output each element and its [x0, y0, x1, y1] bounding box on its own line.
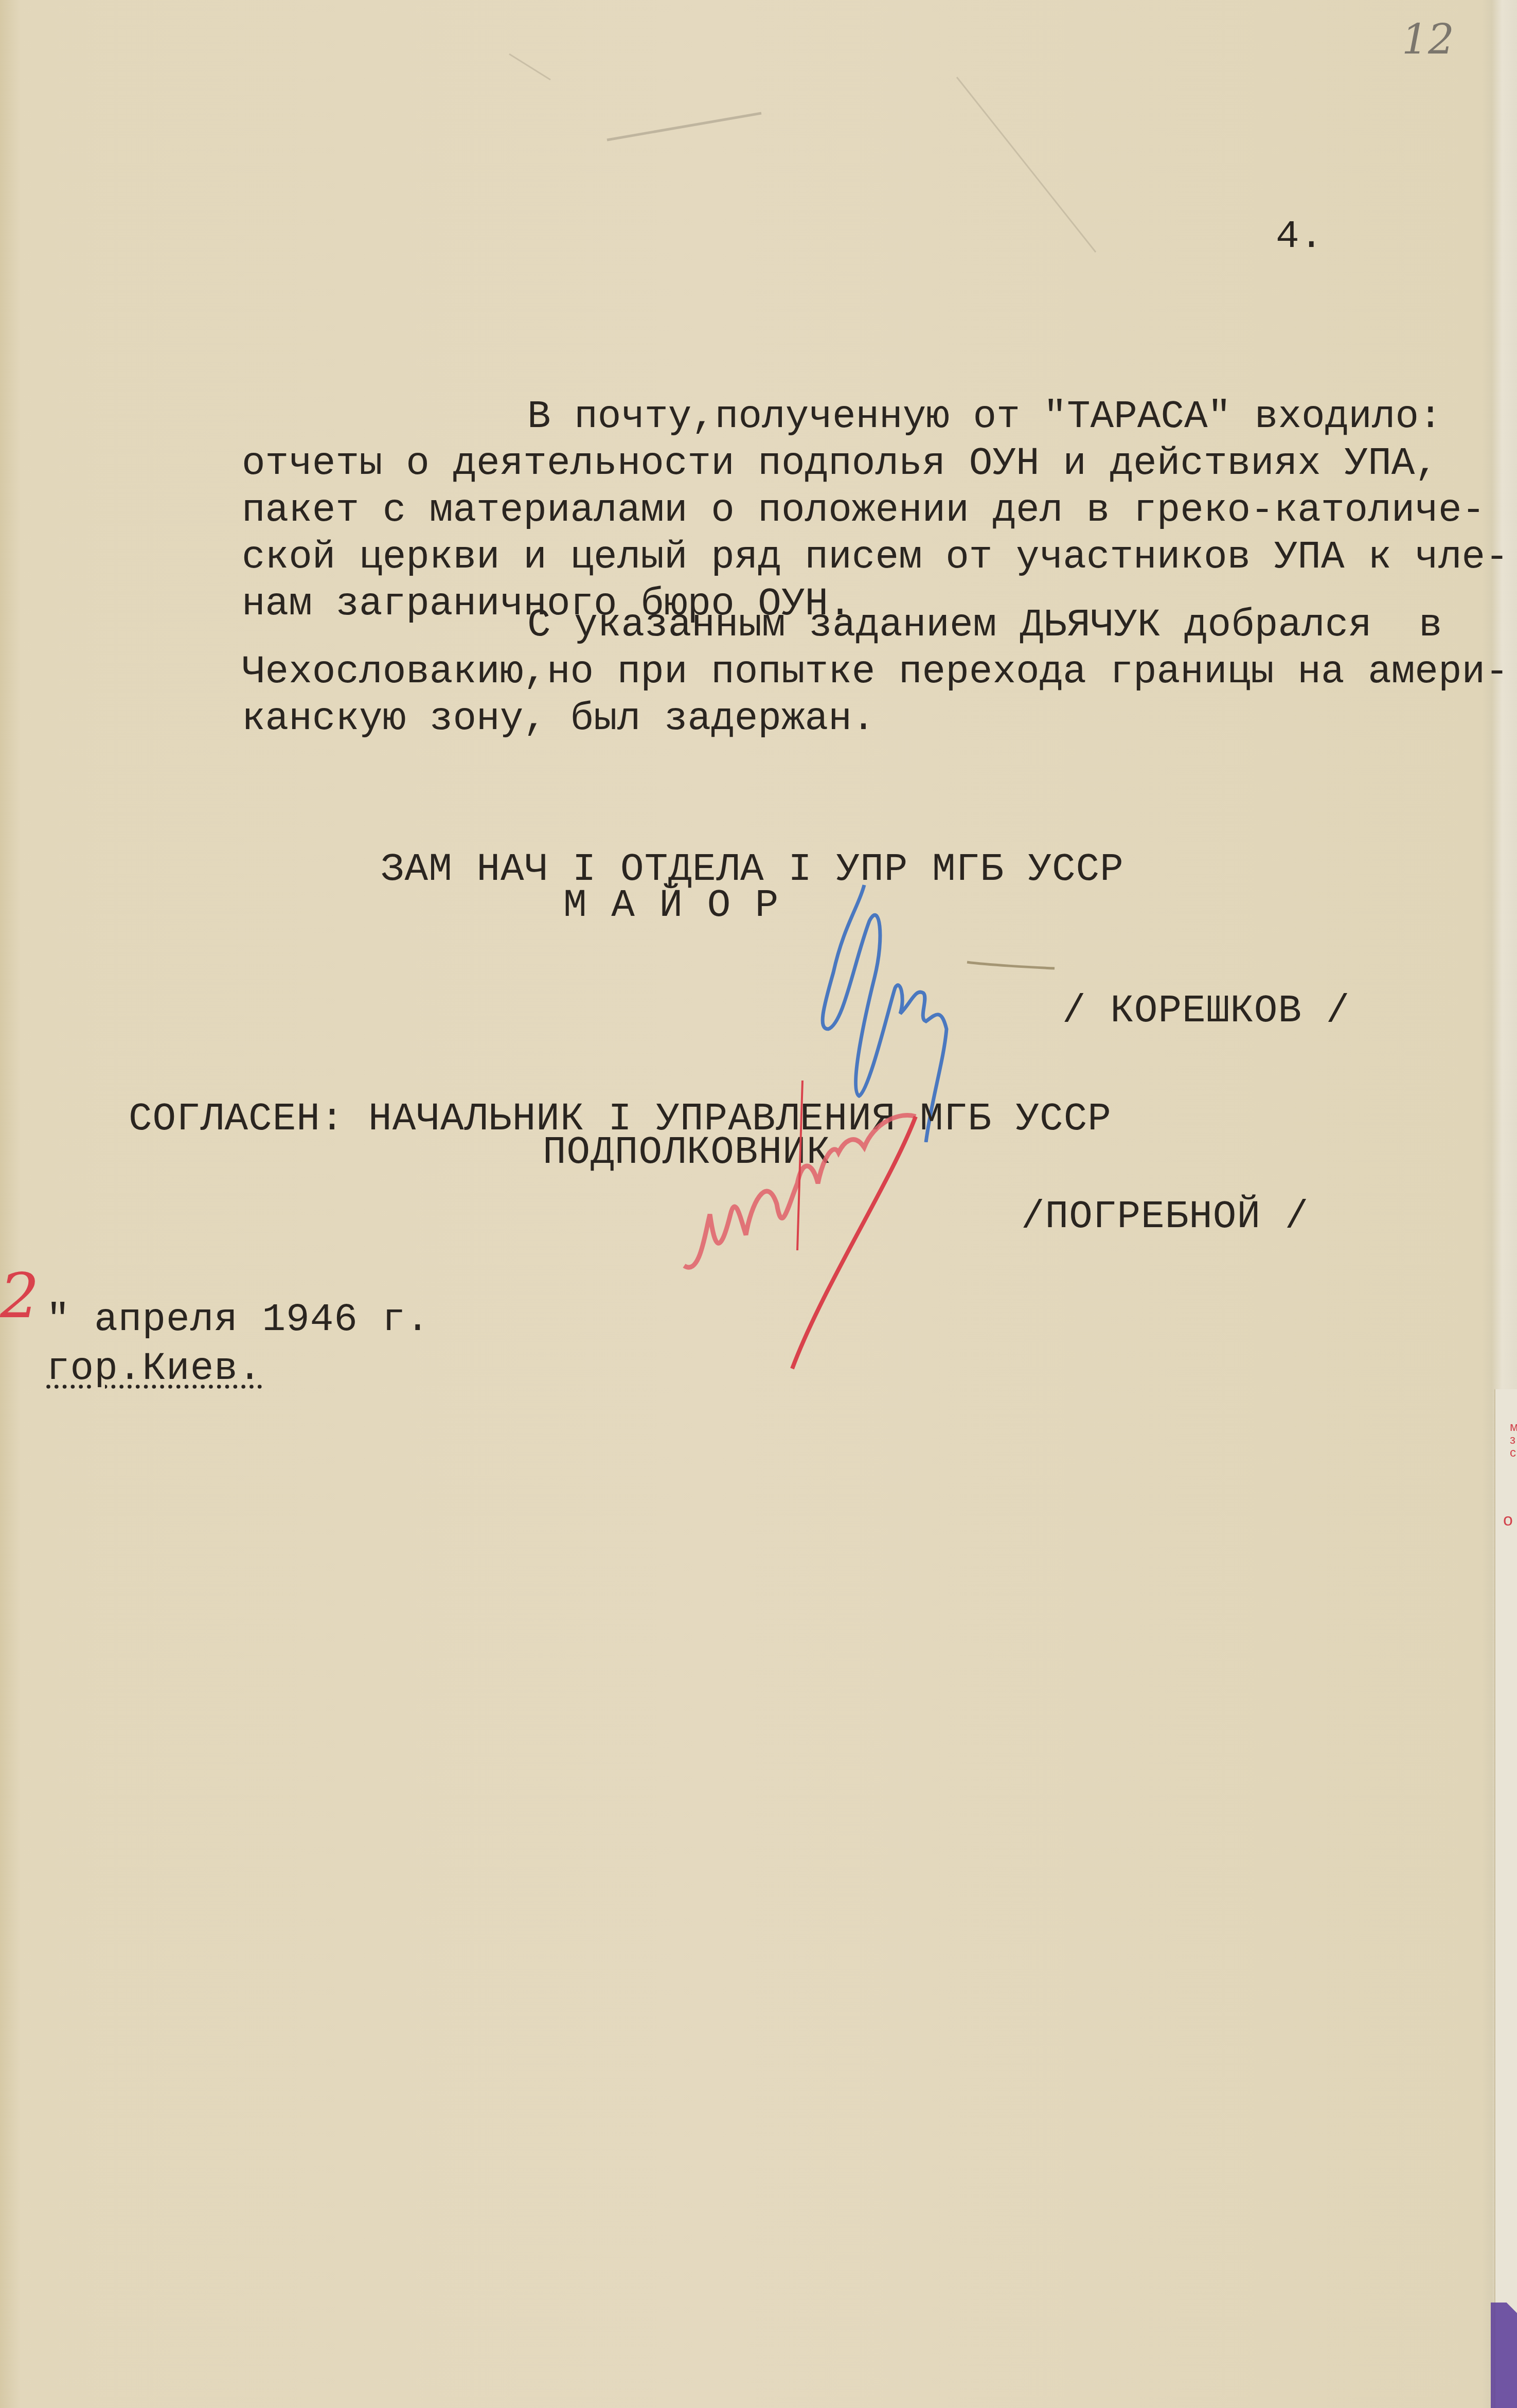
edge-mark: о — [1503, 1510, 1513, 1530]
edge-mark: м — [1510, 1420, 1517, 1435]
paragraph-1: В почту,полученную от "ТАРАСА" входило: … — [242, 394, 1507, 628]
text-line: пакет с материалами о положении дел в гр… — [242, 487, 1507, 534]
archive-sheet-number: 12 — [1402, 15, 1454, 63]
purple-stamp-fragment — [1491, 2303, 1517, 2408]
place-text: гор.Киев. — [46, 1345, 262, 1392]
signer-2-rank: ПОДПОЛКОВНИК — [543, 1129, 830, 1176]
page-number: 4. — [1276, 214, 1324, 260]
text-line: ской церкви и целый ряд писем от участни… — [242, 534, 1507, 581]
edge-mark: с — [1510, 1446, 1516, 1460]
signer-1-rank: М А Й О Р — [563, 882, 779, 929]
date-text: " апреля 1946 г. — [46, 1297, 430, 1343]
signer-1-name: / КОРЕШКОВ / — [1062, 988, 1350, 1034]
next-page-edge — [1494, 1389, 1517, 2408]
edge-mark: з — [1510, 1433, 1515, 1447]
signer-2-name: /ПОГРЕБНОЙ / — [1021, 1194, 1309, 1240]
handwritten-day: 2 — [0, 1261, 39, 1332]
paragraph-2: С указанным заданием ДЬЯЧУК добрался в Ч… — [242, 602, 1507, 742]
text-line: С указанным заданием ДЬЯЧУК добрался в — [242, 602, 1507, 649]
text-line: Чехословакию,но при попытке перехода гра… — [242, 649, 1507, 696]
text-line: отчеты о деятельности подполья ОУН и дей… — [242, 440, 1507, 487]
text-line: канскую зону, был задержан. — [242, 696, 1507, 742]
text-line: В почту,полученную от "ТАРАСА" входило: — [242, 394, 1507, 440]
